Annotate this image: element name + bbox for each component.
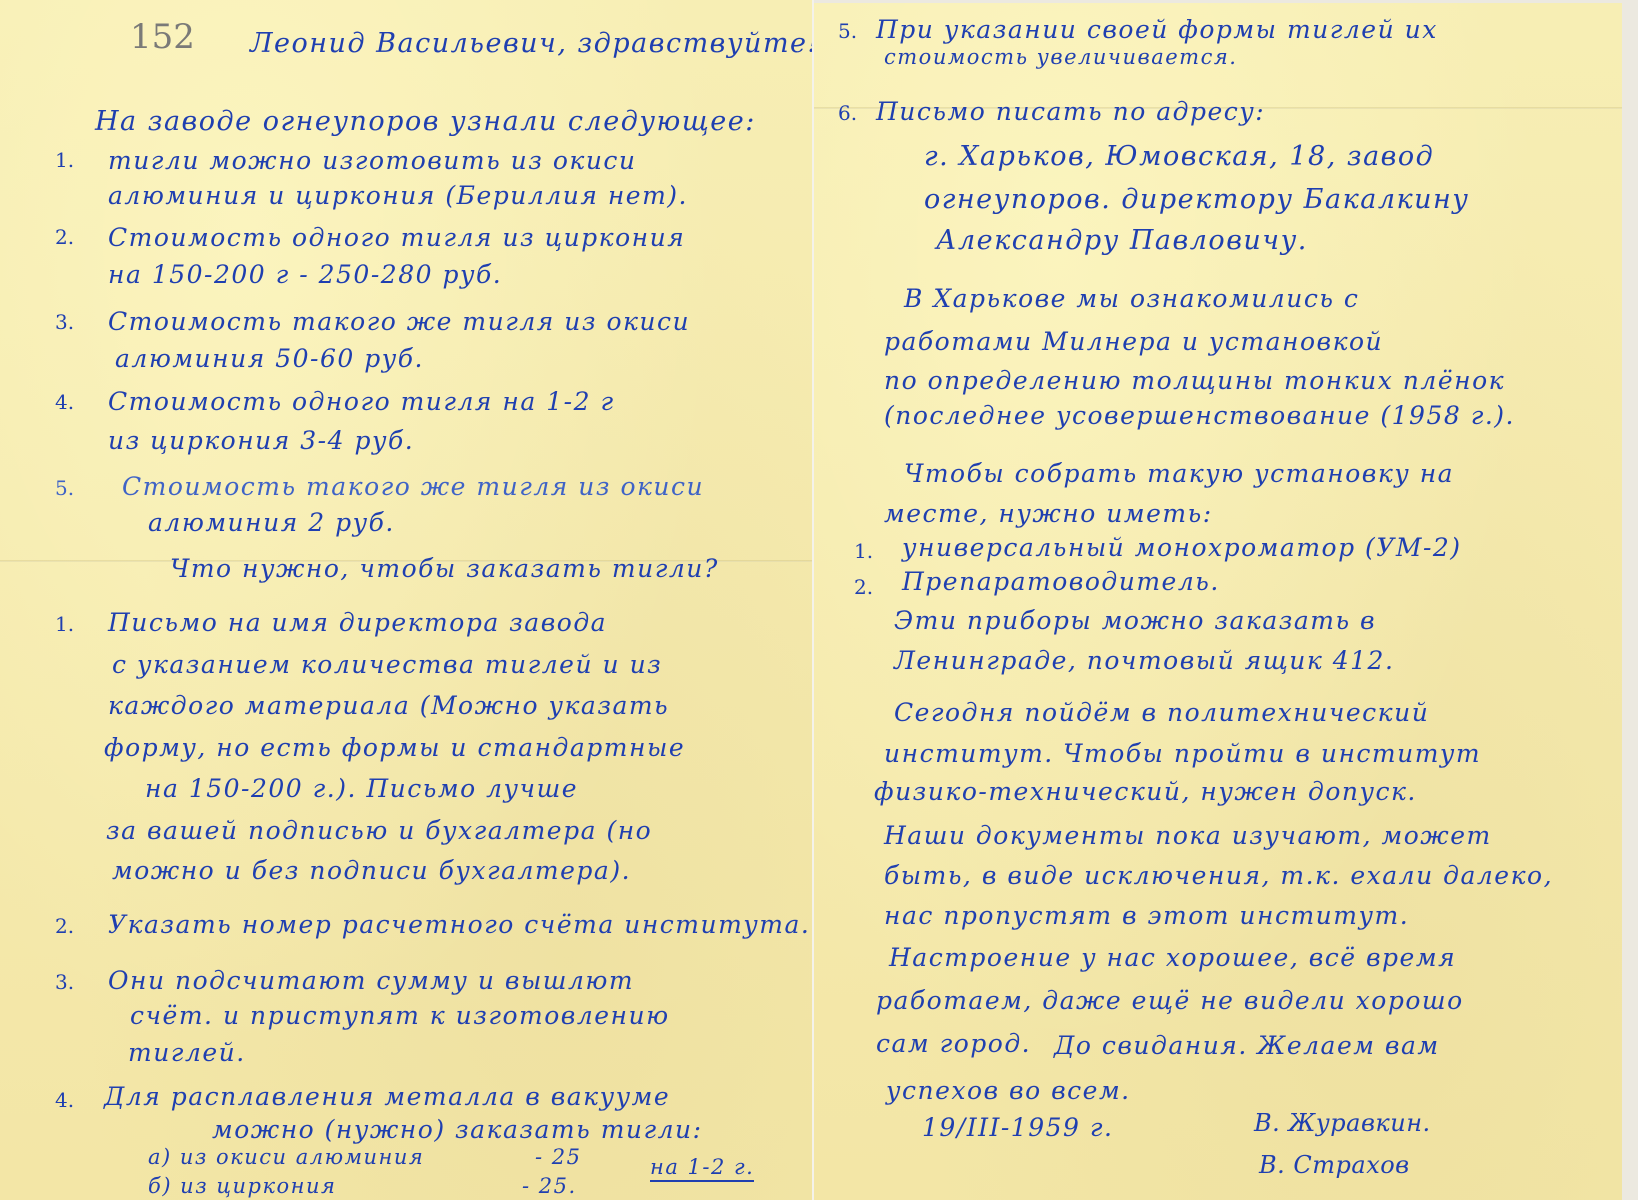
paragraph-line: Сегодня пойдём в политехнический bbox=[894, 700, 1429, 725]
fact-line: Стоимость такого же тигля из окиси bbox=[108, 309, 690, 334]
fact-line: алюминия 2 руб. bbox=[148, 510, 395, 535]
paragraph-line: Настроение у нас хорошее, всё время bbox=[889, 945, 1456, 970]
step-line: тиглей. bbox=[128, 1040, 246, 1065]
step-line: При указании своей формы тиглей их bbox=[876, 17, 1438, 42]
fact-number: 3. bbox=[55, 312, 74, 332]
equipment-number: 2. bbox=[854, 577, 873, 597]
fact-line: алюминия и циркония (Бериллия нет). bbox=[108, 183, 688, 208]
paragraph-line: физико-технический, нужен допуск. bbox=[874, 779, 1417, 804]
step-line: можно (нужно) заказать тигли: bbox=[212, 1117, 703, 1142]
address-line: Александру Павловичу. bbox=[936, 227, 1308, 254]
step-line: Для расплавления металла в вакууме bbox=[104, 1084, 670, 1109]
equipment-item: универсальный монохроматор (УМ-2) bbox=[902, 535, 1462, 560]
letter-intro: На заводе огнеупоров узнали следующее: bbox=[95, 108, 756, 135]
closing-line: До свидания. Желаем вам bbox=[1054, 1033, 1440, 1058]
step-line: форму, но есть формы и стандартные bbox=[104, 735, 685, 760]
fact-line: тигли можно изготовить из окиси bbox=[108, 148, 637, 173]
paragraph-line: В Харькове мы ознакомились с bbox=[904, 286, 1359, 311]
letter-page-right: 5. При указании своей формы тиглей их ст… bbox=[814, 3, 1622, 1200]
step-line: стоимость увеличивается. bbox=[884, 47, 1237, 68]
order-question: Что нужно, чтобы заказать тигли? bbox=[170, 556, 719, 581]
address-line: г. Харьков, Юмовская, 18, завод bbox=[924, 143, 1434, 170]
order-note: на 1-2 г. bbox=[650, 1157, 754, 1182]
paragraph-line: Наши документы пока изучают, может bbox=[884, 823, 1492, 848]
step-line: счёт. и приступят к изготовлению bbox=[130, 1003, 670, 1028]
step-number: 6. bbox=[838, 103, 857, 123]
step-number: 3. bbox=[55, 972, 74, 992]
fact-number: 5. bbox=[55, 478, 74, 498]
order-item-label: б) из циркония bbox=[148, 1176, 336, 1197]
step-line: можно и без подписи бухгалтера). bbox=[112, 858, 631, 883]
step-line: на 150-200 г.). Письмо лучше bbox=[145, 776, 578, 801]
fact-line: Стоимость одного тигля на 1-2 г bbox=[108, 389, 615, 414]
fact-number: 4. bbox=[55, 392, 74, 412]
letter-greeting: Леонид Васильевич, здравствуйте! bbox=[250, 30, 820, 57]
paragraph-line: Чтобы собрать такую установку на bbox=[904, 461, 1454, 486]
paragraph-line: нас пропустят в этот институт. bbox=[884, 903, 1409, 928]
paragraph-line: быть, в виде исключения, т.к. ехали дале… bbox=[884, 863, 1553, 888]
address-line: огнеупоров. директору Бакалкину bbox=[924, 186, 1469, 213]
step-line: за вашей подписью и бухгалтера (но bbox=[106, 818, 652, 843]
paragraph-line: работами Милнера и установкой bbox=[884, 329, 1383, 354]
fact-line: Стоимость одного тигля из циркония bbox=[108, 225, 685, 250]
paragraph-line: институт. Чтобы пройти в институт bbox=[884, 741, 1481, 766]
paragraph-line: Ленинграде, почтовый ящик 412. bbox=[894, 648, 1394, 673]
step-number: 1. bbox=[55, 614, 74, 634]
equipment-item: Препаратоводитель. bbox=[902, 569, 1220, 594]
step-line: каждого материала (Можно указать bbox=[108, 693, 669, 718]
paragraph-line: месте, нужно иметь: bbox=[884, 501, 1213, 526]
fact-line: из циркония 3-4 руб. bbox=[108, 428, 414, 453]
paragraph-line: Эти приборы можно заказать в bbox=[894, 608, 1376, 633]
fact-number: 2. bbox=[55, 227, 74, 247]
equipment-number: 1. bbox=[854, 541, 873, 561]
step-line: Указать номер расчетного счёта института… bbox=[108, 912, 810, 937]
step-line: Письмо писать по адресу: bbox=[876, 99, 1265, 124]
fact-number: 1. bbox=[55, 150, 74, 170]
fact-line: на 150-200 г - 250-280 руб. bbox=[108, 262, 502, 287]
fact-line: алюминия 50-60 руб. bbox=[115, 346, 424, 371]
step-number: 4. bbox=[55, 1090, 74, 1110]
paragraph-line: (последнее усовершенствование (1958 г.). bbox=[884, 403, 1515, 428]
step-line: Они подсчитают сумму и вышлют bbox=[108, 968, 634, 993]
fact-line: Стоимость такого же тигля из окиси bbox=[122, 474, 704, 499]
order-item-qty: - 25. bbox=[522, 1176, 577, 1197]
step-number: 5. bbox=[838, 21, 857, 41]
signature: В. Страхов bbox=[1259, 1153, 1410, 1177]
letter-page-left: 152 Леонид Васильевич, здравствуйте! На … bbox=[0, 0, 812, 1200]
step-line: Письмо на имя директора завода bbox=[108, 610, 607, 635]
order-item-qty: - 25 bbox=[535, 1147, 582, 1168]
paragraph-line: работаем, даже ещё не видели хорошо bbox=[876, 988, 1464, 1013]
paragraph-line: сам город. bbox=[876, 1031, 1031, 1056]
signature: В. Журавкин. bbox=[1254, 1111, 1431, 1135]
step-number: 2. bbox=[55, 916, 74, 936]
letter-date: 19/III-1959 г. bbox=[922, 1115, 1113, 1140]
order-item-label: а) из окиси алюминия bbox=[148, 1147, 424, 1168]
closing-line-2: успехов во всем. bbox=[886, 1078, 1131, 1103]
step-line: с указанием количества тиглей и из bbox=[112, 652, 662, 677]
paragraph-line: по определению толщины тонких плёнок bbox=[884, 368, 1505, 393]
archive-number: 152 bbox=[130, 20, 195, 54]
